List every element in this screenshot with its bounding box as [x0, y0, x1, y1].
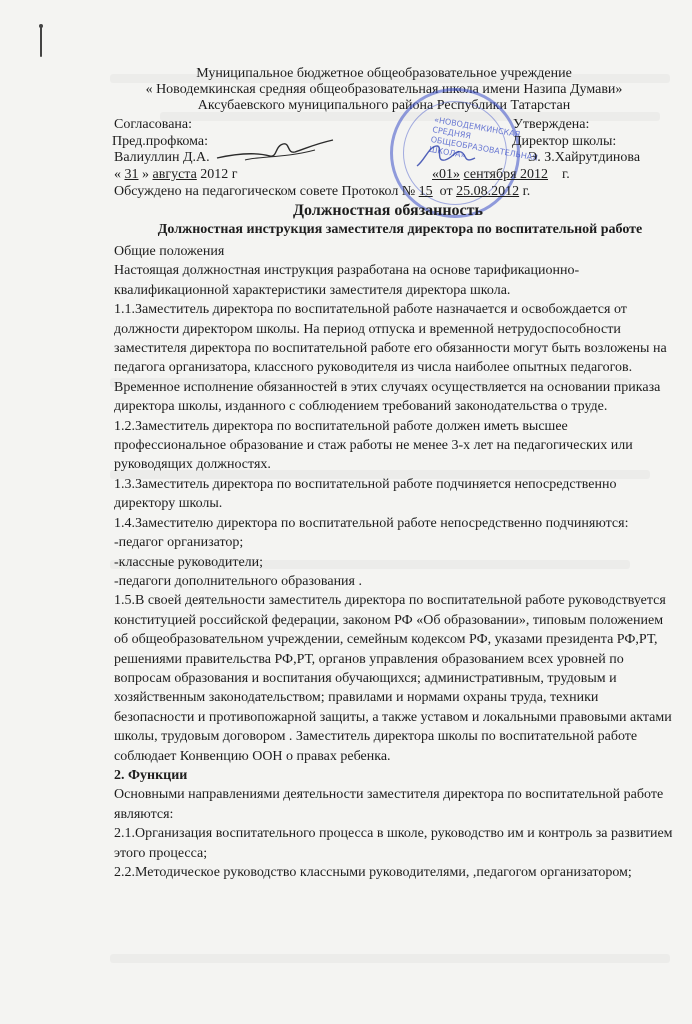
agreed-label: Согласована: [114, 117, 192, 133]
pedagogical-council-line: Обсуждено на педагогическом совете Прото… [114, 184, 530, 200]
list-item: -педагоги дополнительного образования . [114, 572, 674, 591]
paragraph-1-1: 1.1.Заместитель директора по воспитатель… [114, 300, 674, 416]
paragraph-intro: Настоящая должностная инструкция разрабо… [114, 261, 674, 300]
list-item: -педагог организатор; [114, 533, 674, 552]
date-month-year: сентября 2012 [464, 167, 549, 182]
paragraph-2-2: 2.2.Методическое руководство классными р… [114, 863, 674, 882]
document-title: Должностная обязанность [42, 202, 692, 220]
director-position: Директор школы: [512, 134, 616, 150]
paragraph-1-2: 1.2.Заместитель директора по воспитатель… [114, 417, 674, 475]
bleed-through-line [110, 954, 670, 963]
paragraph-functions-intro: Основными направлениями деятельности зам… [114, 785, 674, 824]
document-body: Общие положения Настоящая должностная ин… [114, 242, 674, 882]
date-day: 31 [125, 167, 139, 182]
protocol-date: 25.08.2012 [456, 184, 519, 199]
paragraph-2-1: 2.1.Организация воспитательного процесса… [114, 824, 674, 863]
paragraph-1-5: 1.5.В своей деятельности заместитель дир… [114, 591, 674, 766]
protocol-from: от [440, 184, 453, 199]
profcom-position: Пред.профкома: [112, 134, 208, 150]
director-name: Э. З.Хайрутдинова [528, 150, 640, 166]
director-date: «01» сентября 2012 г. [432, 167, 570, 183]
protocol-suffix: г. [523, 184, 531, 199]
paragraph-1-3: 1.3.Заместитель директора по воспитатель… [114, 475, 674, 514]
council-text: Обсуждено на педагогическом совете Прото… [114, 184, 415, 199]
date-quote-close: » [139, 167, 153, 182]
section-functions-heading: 2. Функции [114, 766, 674, 785]
approved-label: Утверждена: [513, 117, 589, 133]
institution-line-2: « Новодемкинская средняя общеобразовател… [38, 82, 692, 98]
date-quote-open: « [114, 167, 125, 182]
profcom-name: Валиуллин Д.А. [114, 150, 210, 166]
date-day: «01» [432, 167, 460, 182]
date-suffix: г. [562, 167, 570, 182]
institution-line-1: Муниципальное бюджетное общеобразователь… [38, 66, 692, 82]
paragraph-1-4: 1.4.Заместителю директора по воспитатель… [114, 514, 674, 533]
section-general-heading: Общие положения [114, 242, 674, 261]
signature-profcom [215, 136, 335, 164]
profcom-date: « 31 » августа 2012 г [114, 167, 238, 183]
institution-line-3: Аксубаевского муниципального района Респ… [38, 98, 692, 114]
document-subtitle: Должностная инструкция заместителя дирек… [120, 222, 680, 238]
scan-mark [40, 26, 42, 57]
scanned-document-page: Муниципальное бюджетное общеобразователь… [0, 0, 692, 1024]
protocol-number: 15 [419, 184, 433, 199]
date-month: августа [153, 167, 197, 182]
list-item: -классные руководители; [114, 553, 674, 572]
date-year: 2012 г [197, 167, 238, 182]
